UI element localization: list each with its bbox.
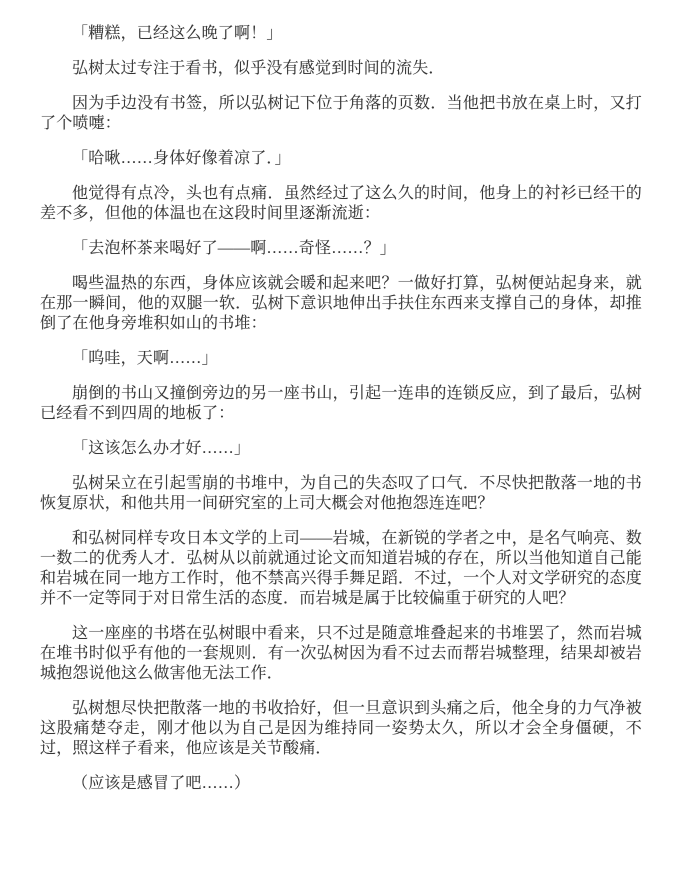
paragraph-dialogue: 「这该怎么办才好……」	[40, 439, 642, 459]
paragraph-dialogue: 「糟糕，已经这么晚了啊！」	[40, 24, 642, 44]
paragraph-dialogue: 「去泡杯茶来喝好了——啊……奇怪……？」	[40, 239, 642, 259]
text-block: 「糟糕，已经这么晚了啊！」弘树太过专注于看书，似乎没有感觉到时间的流失．因为手边…	[40, 24, 642, 794]
paragraph-narration: 他觉得有点冷，头也有点痛．虽然经过了这么久的时间，他身上的衬衫已经干的差不多，但…	[40, 184, 642, 224]
paragraph-narration: 这一座座的书塔在弘树眼中看来，只不过是随意堆叠起来的书堆罢了，然而岩城在堆书时似…	[40, 624, 642, 684]
paragraph-narration: 弘树太过专注于看书，似乎没有感觉到时间的流失．	[40, 59, 642, 79]
paragraph-narration: 弘树想尽快把散落一地的书收拾好，但一旦意识到头痛之后，他全身的力气净被这股痛楚夺…	[40, 699, 642, 759]
paragraph-dialogue: 「哈啾……身体好像着凉了．」	[40, 149, 642, 169]
paragraph-narration: 崩倒的书山又撞倒旁边的另一座书山，引起一连串的连锁反应，到了最后，弘树已经看不到…	[40, 384, 642, 424]
paragraph-thought: （应该是感冒了吧……）	[40, 774, 642, 794]
document-page: 「糟糕，已经这么晚了啊！」弘树太过专注于看书，似乎没有感觉到时间的流失．因为手边…	[0, 0, 680, 880]
paragraph-narration: 和弘树同样专攻日本文学的上司——岩城，在新锐的学者之中，是名气响亮、数一数二的优…	[40, 529, 642, 609]
paragraph-narration: 弘树呆立在引起雪崩的书堆中，为自己的失态叹了口气．不尽快把散落一地的书恢复原状，…	[40, 474, 642, 514]
paragraph-narration: 因为手边没有书签，所以弘树记下位于角落的页数．当他把书放在桌上时，又打了个喷嚏：	[40, 94, 642, 134]
paragraph-narration: 喝些温热的东西，身体应该就会暖和起来吧？一做好打算，弘树便站起身来，就在那一瞬间…	[40, 274, 642, 334]
paragraph-dialogue: 「呜哇，天啊……」	[40, 349, 642, 369]
